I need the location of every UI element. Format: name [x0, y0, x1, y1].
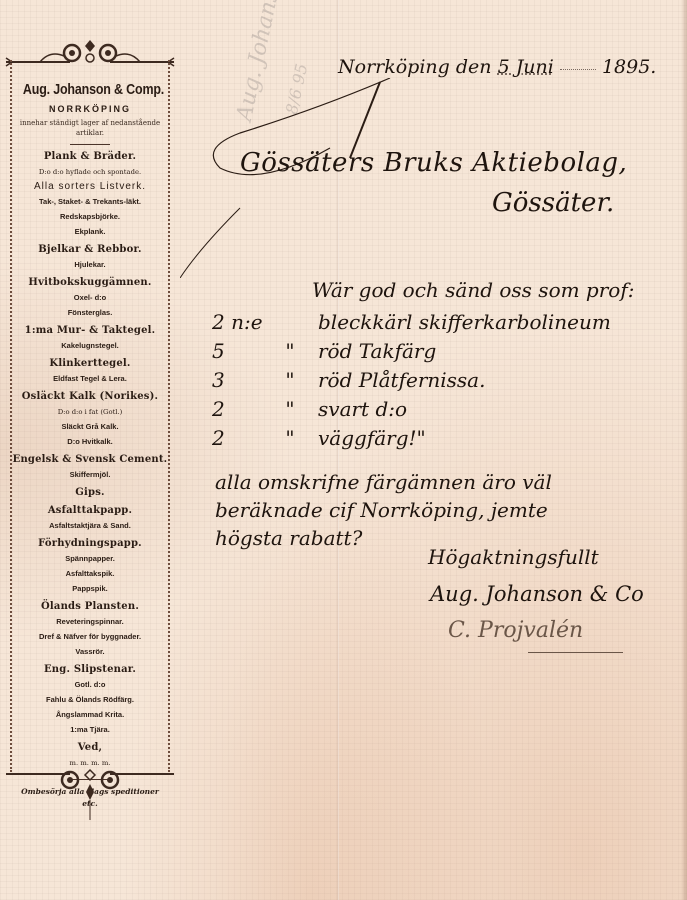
- product-list-item: 1:ma Tjära.: [12, 724, 168, 736]
- letter-place: Norrköping den: [338, 56, 492, 78]
- company-city: NORRKÖPING: [12, 104, 168, 114]
- product-list-item: Redskapsbjörke.: [12, 211, 168, 223]
- product-list-item: Hvitbokskuggämnen.: [12, 277, 168, 289]
- product-list-item: Gotl. d:o: [12, 679, 168, 691]
- product-list-item: D:o d:o hyflade och spontade.: [12, 166, 168, 178]
- order-item-name: väggfärg!": [318, 426, 426, 450]
- product-list-item: Engelsk & Svensk Cement.: [12, 454, 168, 466]
- product-list-item: Ångslammad Krita.: [12, 709, 168, 721]
- product-list-item: Släckt Grå Kalk.: [12, 421, 168, 433]
- product-list-item: Kakelugnstegel.: [12, 340, 168, 352]
- product-list-item: Ekplank.: [12, 226, 168, 238]
- product-list-item: Asfaltstaktjära & Sand.: [12, 520, 168, 532]
- product-list-item: Fönsterglas.: [12, 307, 168, 319]
- product-list-item: Vassrör.: [12, 646, 168, 658]
- product-list-item: Förhydningspapp.: [12, 538, 168, 550]
- order-item-name: svart d:o: [318, 397, 407, 421]
- product-list-item: Klinkerttegel.: [12, 358, 168, 370]
- date-line: Norrköping den 5 Juni 1895.: [338, 56, 656, 78]
- product-list-item: Tak-, Staket- & Trekants-läkt.: [12, 196, 168, 208]
- letter-date: 5 Juni: [498, 56, 554, 78]
- ditto-mark: ": [262, 339, 318, 363]
- company-name: Aug. Johanson & Comp.: [23, 82, 157, 98]
- product-list-item: Skiffermjöl.: [12, 469, 168, 481]
- order-item-name: bleckkärl skifferkarbolineum: [318, 310, 611, 334]
- product-list-item: 1:ma Mur- & Taktegel.: [12, 325, 168, 337]
- product-list-item: Hjulekar.: [12, 259, 168, 271]
- divider: [70, 144, 110, 145]
- body-line: alla omskrifne färgämnen äro väl: [215, 470, 552, 494]
- letter-page: Aug. Johanson 8/6 95 Aug. Johanson & Com…: [0, 0, 687, 900]
- product-list-item: Osläckt Kalk (Norikes).: [12, 391, 168, 403]
- product-list-item: Gips.: [12, 487, 168, 499]
- product-list-item: Asfalttakspik.: [12, 568, 168, 580]
- product-list-item: Plank & Bräder.: [12, 151, 168, 163]
- paper-edge: [681, 0, 687, 900]
- product-list-item: Pappspik.: [12, 583, 168, 595]
- order-qty: 2 n:e: [212, 310, 262, 334]
- product-list-item: Ölands Plansten.: [12, 601, 168, 613]
- addressee-name: Gössäters Bruks Aktiebolag,: [240, 148, 627, 178]
- order-item: 2"svart d:o: [212, 397, 407, 421]
- order-item: 2"väggfärg!": [212, 426, 426, 450]
- personal-signature: C. Projvalén: [448, 618, 583, 643]
- body-line: högsta rabatt?: [215, 526, 362, 550]
- closing-salutation: Högaktningsfullt: [428, 545, 599, 569]
- product-list-item: Reveteringspinnar.: [12, 616, 168, 628]
- order-item: 2 n:ebleckkärl skifferkarbolineum: [212, 310, 611, 334]
- product-list-item: Fahlu & Ölands Rödfärg.: [12, 694, 168, 706]
- product-list-item: Ved,: [12, 742, 168, 754]
- order-qty: 5: [212, 339, 262, 363]
- product-list-item: D:o Hvitkalk.: [12, 436, 168, 448]
- order-item: 5"röd Takfärg: [212, 339, 436, 363]
- letterhead-intro: innehar ständigt lager af nedanstående a…: [12, 118, 168, 138]
- greeting-line: Wär god och sänd oss som prof:: [312, 278, 634, 302]
- order-item-name: röd Plåtfernissa.: [318, 368, 485, 392]
- product-list: Plank & Bräder.D:o d:o hyflade och spont…: [12, 151, 168, 769]
- order-qty: 2: [212, 397, 262, 421]
- product-list-item: Dref & Näfver för byggnader.: [12, 631, 168, 643]
- order-qty: 2: [212, 426, 262, 450]
- product-list-item: Bjelkar & Rebbor.: [12, 244, 168, 256]
- signature-underline: [528, 652, 623, 653]
- ditto-mark: ": [262, 426, 318, 450]
- ditto-mark: ": [262, 397, 318, 421]
- printed-letterhead: Aug. Johanson & Comp. NORRKÖPING innehar…: [10, 60, 170, 772]
- ditto-mark: ": [262, 368, 318, 392]
- addressee-place: Gössäter.: [492, 188, 614, 218]
- product-list-item: D:o d:o i fat (Gotl.): [12, 406, 168, 418]
- letter-year: 1895.: [602, 56, 656, 78]
- company-signature: Aug. Johanson & Co: [430, 582, 644, 606]
- product-list-item: Oxel- d:o: [12, 292, 168, 304]
- order-item-name: röd Takfärg: [318, 339, 436, 363]
- product-list-item: Eng. Slipstenar.: [12, 664, 168, 676]
- ornament-bottom-icon: [0, 768, 180, 828]
- body-line: beräknade cif Norrköping, jemte: [215, 498, 548, 522]
- product-list-item: Asfalttakpapp.: [12, 505, 168, 517]
- product-list-item: Spännpapper.: [12, 553, 168, 565]
- order-qty: 3: [212, 368, 262, 392]
- product-list-item: Eldfast Tegel & Lera.: [12, 373, 168, 385]
- flourish-icon: [180, 78, 440, 278]
- product-list-item: Alla sorters Listverk.: [12, 181, 168, 193]
- order-item: 3"röd Plåtfernissa.: [212, 368, 485, 392]
